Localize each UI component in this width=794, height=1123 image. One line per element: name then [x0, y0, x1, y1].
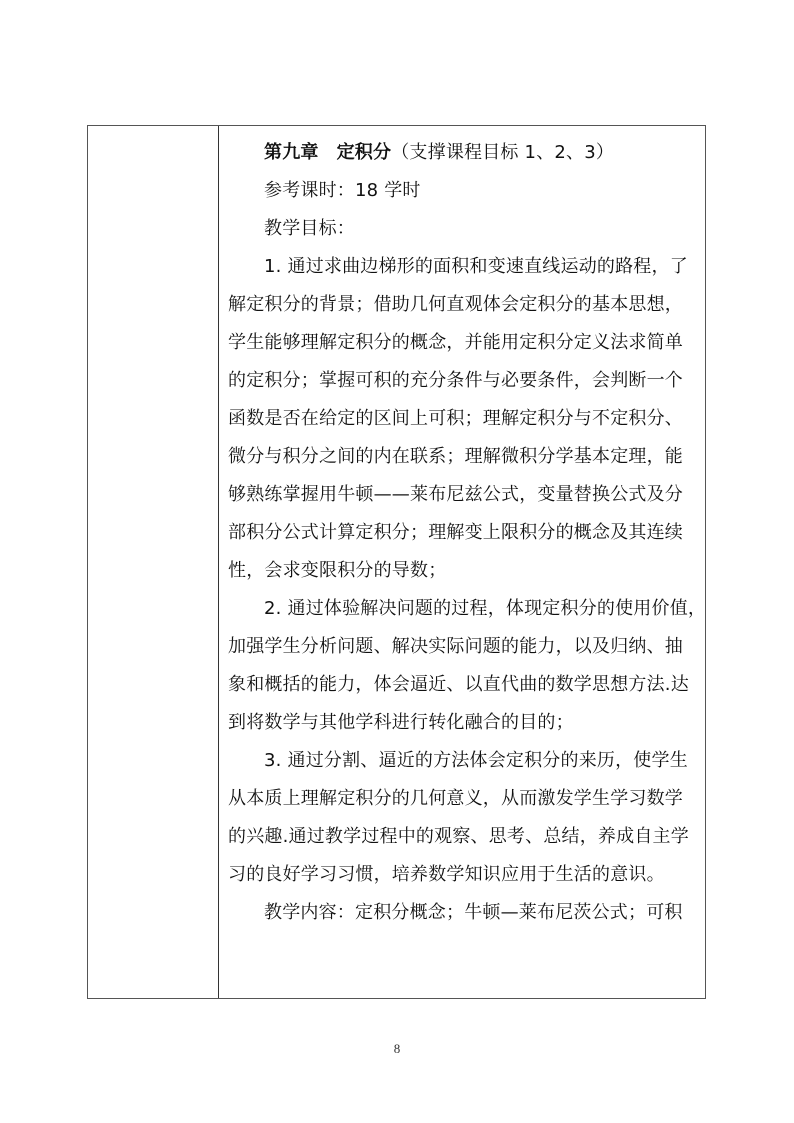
paragraph-line: 3. 通过分割、逼近的方法体会定积分的来历，使学生	[228, 742, 698, 780]
paragraph-line: 解定积分的背景；借助几何直观体会定积分的基本思想，	[228, 286, 698, 324]
table-left-cell	[88, 126, 219, 998]
paragraph-line: 的定积分；掌握可积的充分条件与必要条件，会判断一个	[228, 362, 698, 400]
chapter-content: 第九章定积分（支撑课程目标 1、2、3） 参考课时：18 学时 教学目标： 1.…	[228, 134, 698, 932]
goal-3-paragraph: 3. 通过分割、逼近的方法体会定积分的来历，使学生 从本质上理解定积分的几何意义…	[228, 742, 698, 894]
paragraph-line: 2. 通过体验解决问题的过程，体现定积分的使用价值，	[228, 590, 698, 628]
paragraph-line: 函数是否在给定的区间上可积；理解定积分与不定积分、	[228, 400, 698, 438]
reference-hours: 参考课时：18 学时	[228, 172, 698, 210]
chapter-note: （支撑课程目标 1、2、3）	[391, 142, 614, 163]
table-right-cell: 第九章定积分（支撑课程目标 1、2、3） 参考课时：18 学时 教学目标： 1.…	[219, 126, 705, 998]
paragraph-line: 微分与积分之间的内在联系；理解微积分学基本定理，能	[228, 438, 698, 476]
paragraph-line: 加强学生分析问题、解决实际问题的能力，以及归纳、抽	[228, 628, 698, 666]
paragraph-line: 够熟练掌握用牛顿——莱布尼兹公式，变量替换公式及分	[228, 476, 698, 514]
paragraph-line: 习的良好学习习惯，培养数学知识应用于生活的意识。	[228, 856, 698, 894]
paragraph-line: 1. 通过求曲边梯形的面积和变速直线运动的路程，了	[228, 248, 698, 286]
goal-2-paragraph: 2. 通过体验解决问题的过程，体现定积分的使用价值， 加强学生分析问题、解决实际…	[228, 590, 698, 742]
chapter-title: 定积分	[337, 142, 392, 163]
paragraph-line: 到将数学与其他学科进行转化融合的目的；	[228, 704, 698, 742]
chapter-number: 第九章	[264, 142, 319, 163]
chapter-heading: 第九章定积分（支撑课程目标 1、2、3）	[228, 134, 698, 172]
paragraph-line: 的兴趣.通过教学过程中的观察、思考、总结，养成自主学	[228, 818, 698, 856]
syllabus-table: 第九章定积分（支撑课程目标 1、2、3） 参考课时：18 学时 教学目标： 1.…	[87, 125, 706, 999]
paragraph-line: 性，会求变限积分的导数；	[228, 552, 698, 590]
teaching-goals-label: 教学目标：	[228, 210, 698, 248]
goal-1-paragraph: 1. 通过求曲边梯形的面积和变速直线运动的路程，了 解定积分的背景；借助几何直观…	[228, 248, 698, 590]
paragraph-line: 部积分公式计算定积分；理解变上限积分的概念及其连续	[228, 514, 698, 552]
page-number: 8	[0, 1041, 794, 1057]
paragraph-line: 从本质上理解定积分的几何意义，从而激发学生学习数学	[228, 780, 698, 818]
teaching-content: 教学内容：定积分概念；牛顿—莱布尼茨公式；可积	[228, 894, 698, 932]
paragraph-line: 学生能够理解定积分的概念，并能用定积分定义法求简单	[228, 324, 698, 362]
paragraph-line: 象和概括的能力，体会逼近、以直代曲的数学思想方法.达	[228, 666, 698, 704]
